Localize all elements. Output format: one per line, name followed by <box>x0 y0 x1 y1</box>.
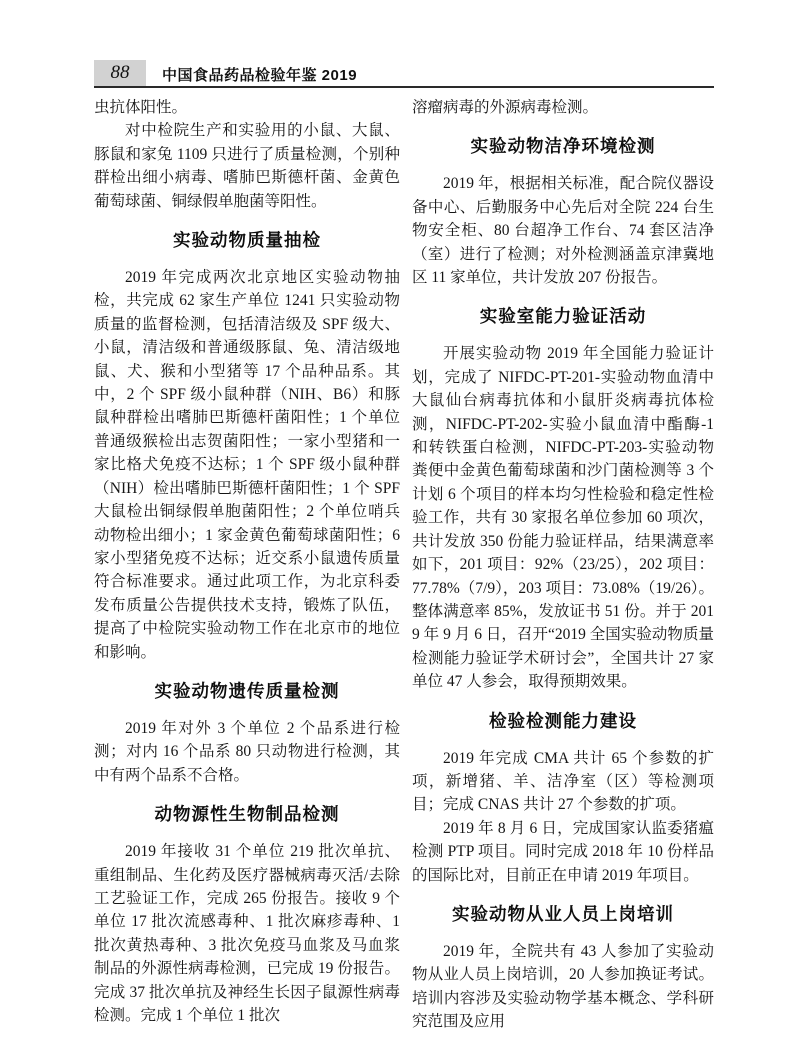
paragraph: 2019 年，全院共有 43 人参加了实验动物从业人员上岗培训，20 人参加换证… <box>412 940 714 1034</box>
yearbook-page: 88 中国食品药品检验年鉴 2019 虫抗体阳性。 对中检院生产和实验用的小鼠、… <box>0 0 800 1044</box>
left-column: 虫抗体阳性。 对中检院生产和实验用的小鼠、大鼠、豚鼠和家兔 1109 只进行了质… <box>94 96 400 1027</box>
section-heading-animal-derived-biologics: 动物源性生物制品检测 <box>94 801 400 827</box>
section-heading-capability-building: 检验检测能力建设 <box>412 708 714 734</box>
paragraph: 2019 年完成 CMA 共计 65 个参数的扩项，新增猪、羊、洁净室（区）等检… <box>412 747 714 817</box>
paragraph: 2019 年，根据相关标准，配合院仪器设备中心、后勤服务中心先后对全院 224 … <box>412 172 714 289</box>
paragraph: 2019 年接收 31 个单位 219 批次单抗、重组制品、生化药及医疗器械病毒… <box>94 840 400 1027</box>
running-header: 88 中国食品药品检验年鉴 2019 <box>94 60 714 87</box>
section-heading-genetic-quality-testing: 实验动物遗传质量检测 <box>94 678 400 704</box>
section-heading-animal-quality-sampling: 实验动物质量抽检 <box>94 227 400 253</box>
page-number-badge: 88 <box>94 60 146 86</box>
section-heading-staff-training: 实验动物从业人员上岗培训 <box>412 901 714 927</box>
paragraph: 2019 年 8 月 6 日，完成国家认监委猪瘟检测 PTP 项目。同时完成 2… <box>412 817 714 887</box>
section-heading-clean-environment-testing: 实验动物洁净环境检测 <box>412 133 714 159</box>
right-column: 溶瘤病毒的外源病毒检测。 实验动物洁净环境检测 2019 年，根据相关标准，配合… <box>412 96 714 1034</box>
book-title: 中国食品药品检验年鉴 2019 <box>162 64 357 85</box>
paragraph-continuation: 溶瘤病毒的外源病毒检测。 <box>412 96 714 119</box>
paragraph: 2019 年完成两次北京地区实验动物抽检，共完成 62 家生产单位 1241 只… <box>94 266 400 664</box>
page-number: 88 <box>111 62 130 83</box>
section-heading-lab-proficiency-testing: 实验室能力验证活动 <box>412 303 714 329</box>
header-divider <box>94 86 714 88</box>
paragraph: 2019 年对外 3 个单位 2 个品系进行检测；对内 16 个品系 80 只动… <box>94 717 400 787</box>
paragraph: 开展实验动物 2019 年全国能力验证计划，完成了 NIFDC-PT-201-实… <box>412 342 714 693</box>
paragraph-continuation: 虫抗体阳性。 <box>94 96 400 119</box>
paragraph: 对中检院生产和实验用的小鼠、大鼠、豚鼠和家兔 1109 只进行了质量检测，个别种… <box>94 119 400 213</box>
